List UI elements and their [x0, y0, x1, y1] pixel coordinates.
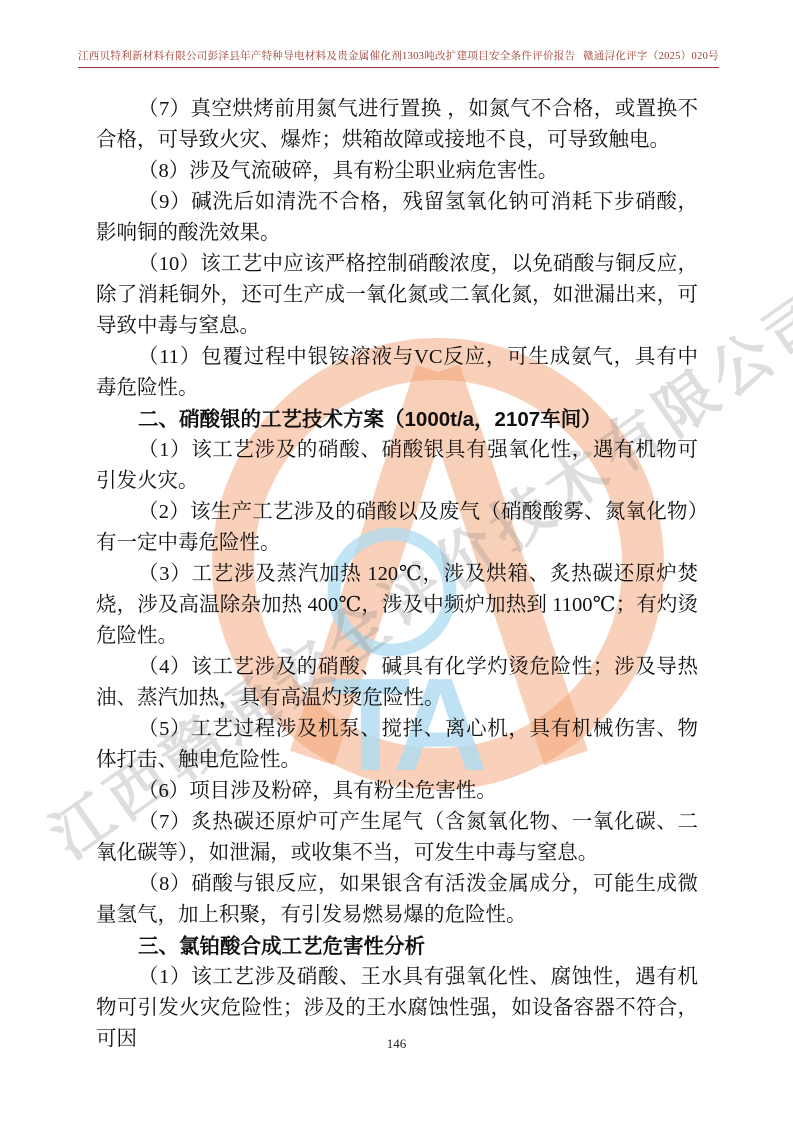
paragraph: （8）涉及气流破碎，具有粉尘职业病危害性。 [96, 156, 698, 187]
paragraph: （4）该工艺涉及的硝酸、碱具有化学灼烫危险性；涉及导热油、蒸汽加热，具有高温灼烫… [96, 652, 698, 714]
document-page: { "page": { "width": 793, "height": 1122… [0, 0, 793, 1122]
document-body: （7）真空烘烤前用氮气进行置换 ，如氮气不合格，或置换不合格，可导致火灾、爆炸；… [96, 94, 698, 1055]
paragraph: （7）真空烘烤前用氮气进行置换 ，如氮气不合格，或置换不合格，可导致火灾、爆炸；… [96, 94, 698, 156]
paragraph: （1）该工艺涉及的硝酸、硝酸银具有强氧化性，遇有机物可引发火灾。 [96, 435, 698, 497]
header-report-title: 江西贝特利新材料有限公司彭泽县年产特种导电材料及贵金属催化剂1303吨改扩建项目… [78, 48, 575, 63]
header-document-number: 赣通浔化评字（2025）020号 [583, 48, 719, 63]
page-header: 江西贝特利新材料有限公司彭泽县年产特种导电材料及贵金属催化剂1303吨改扩建项目… [78, 48, 719, 68]
paragraph: （10）该工艺中应该严格控制硝酸浓度，以免硝酸与铜反应，除了消耗铜外，还可生产成… [96, 249, 698, 342]
paragraph: （2）该生产工艺涉及的硝酸以及废气（硝酸酸雾、氮氧化物）有一定中毒危险性。 [96, 497, 698, 559]
paragraph: （5）工艺过程涉及机泵、搅拌、离心机，具有机械伤害、物体打击、触电危险性。 [96, 714, 698, 776]
page-footer: 146 [0, 1036, 793, 1052]
paragraph: （7）炙热碳还原炉可产生尾气（含氮氧化物、一氧化碳、二氧化碳等），如泄漏，或收集… [96, 807, 698, 869]
paragraph: （8）硝酸与银反应，如果银含有活泼金属成分，可能生成微量氢气，加上积聚，有引发易… [96, 869, 698, 931]
section-heading: 三、氯铂酸合成工艺危害性分析 [96, 931, 698, 962]
section-heading: 二、硝酸银的工艺技术方案（1000t/a，2107车间） [96, 404, 698, 435]
paragraph: （9）碱洗后如清洗不合格，残留氢氧化钠可消耗下步硝酸，影响铜的酸洗效果。 [96, 187, 698, 249]
paragraph: （11）包覆过程中银铵溶液与VC反应，可生成氨气，具有中毒危险性。 [96, 342, 698, 404]
paragraph: （3）工艺涉及蒸汽加热 120℃，涉及烘箱、炙热碳还原炉焚烧，涉及高温除杂加热 … [96, 559, 698, 652]
paragraph: （6）项目涉及粉碎，具有粉尘危害性。 [96, 776, 698, 807]
page-number: 146 [387, 1036, 407, 1051]
